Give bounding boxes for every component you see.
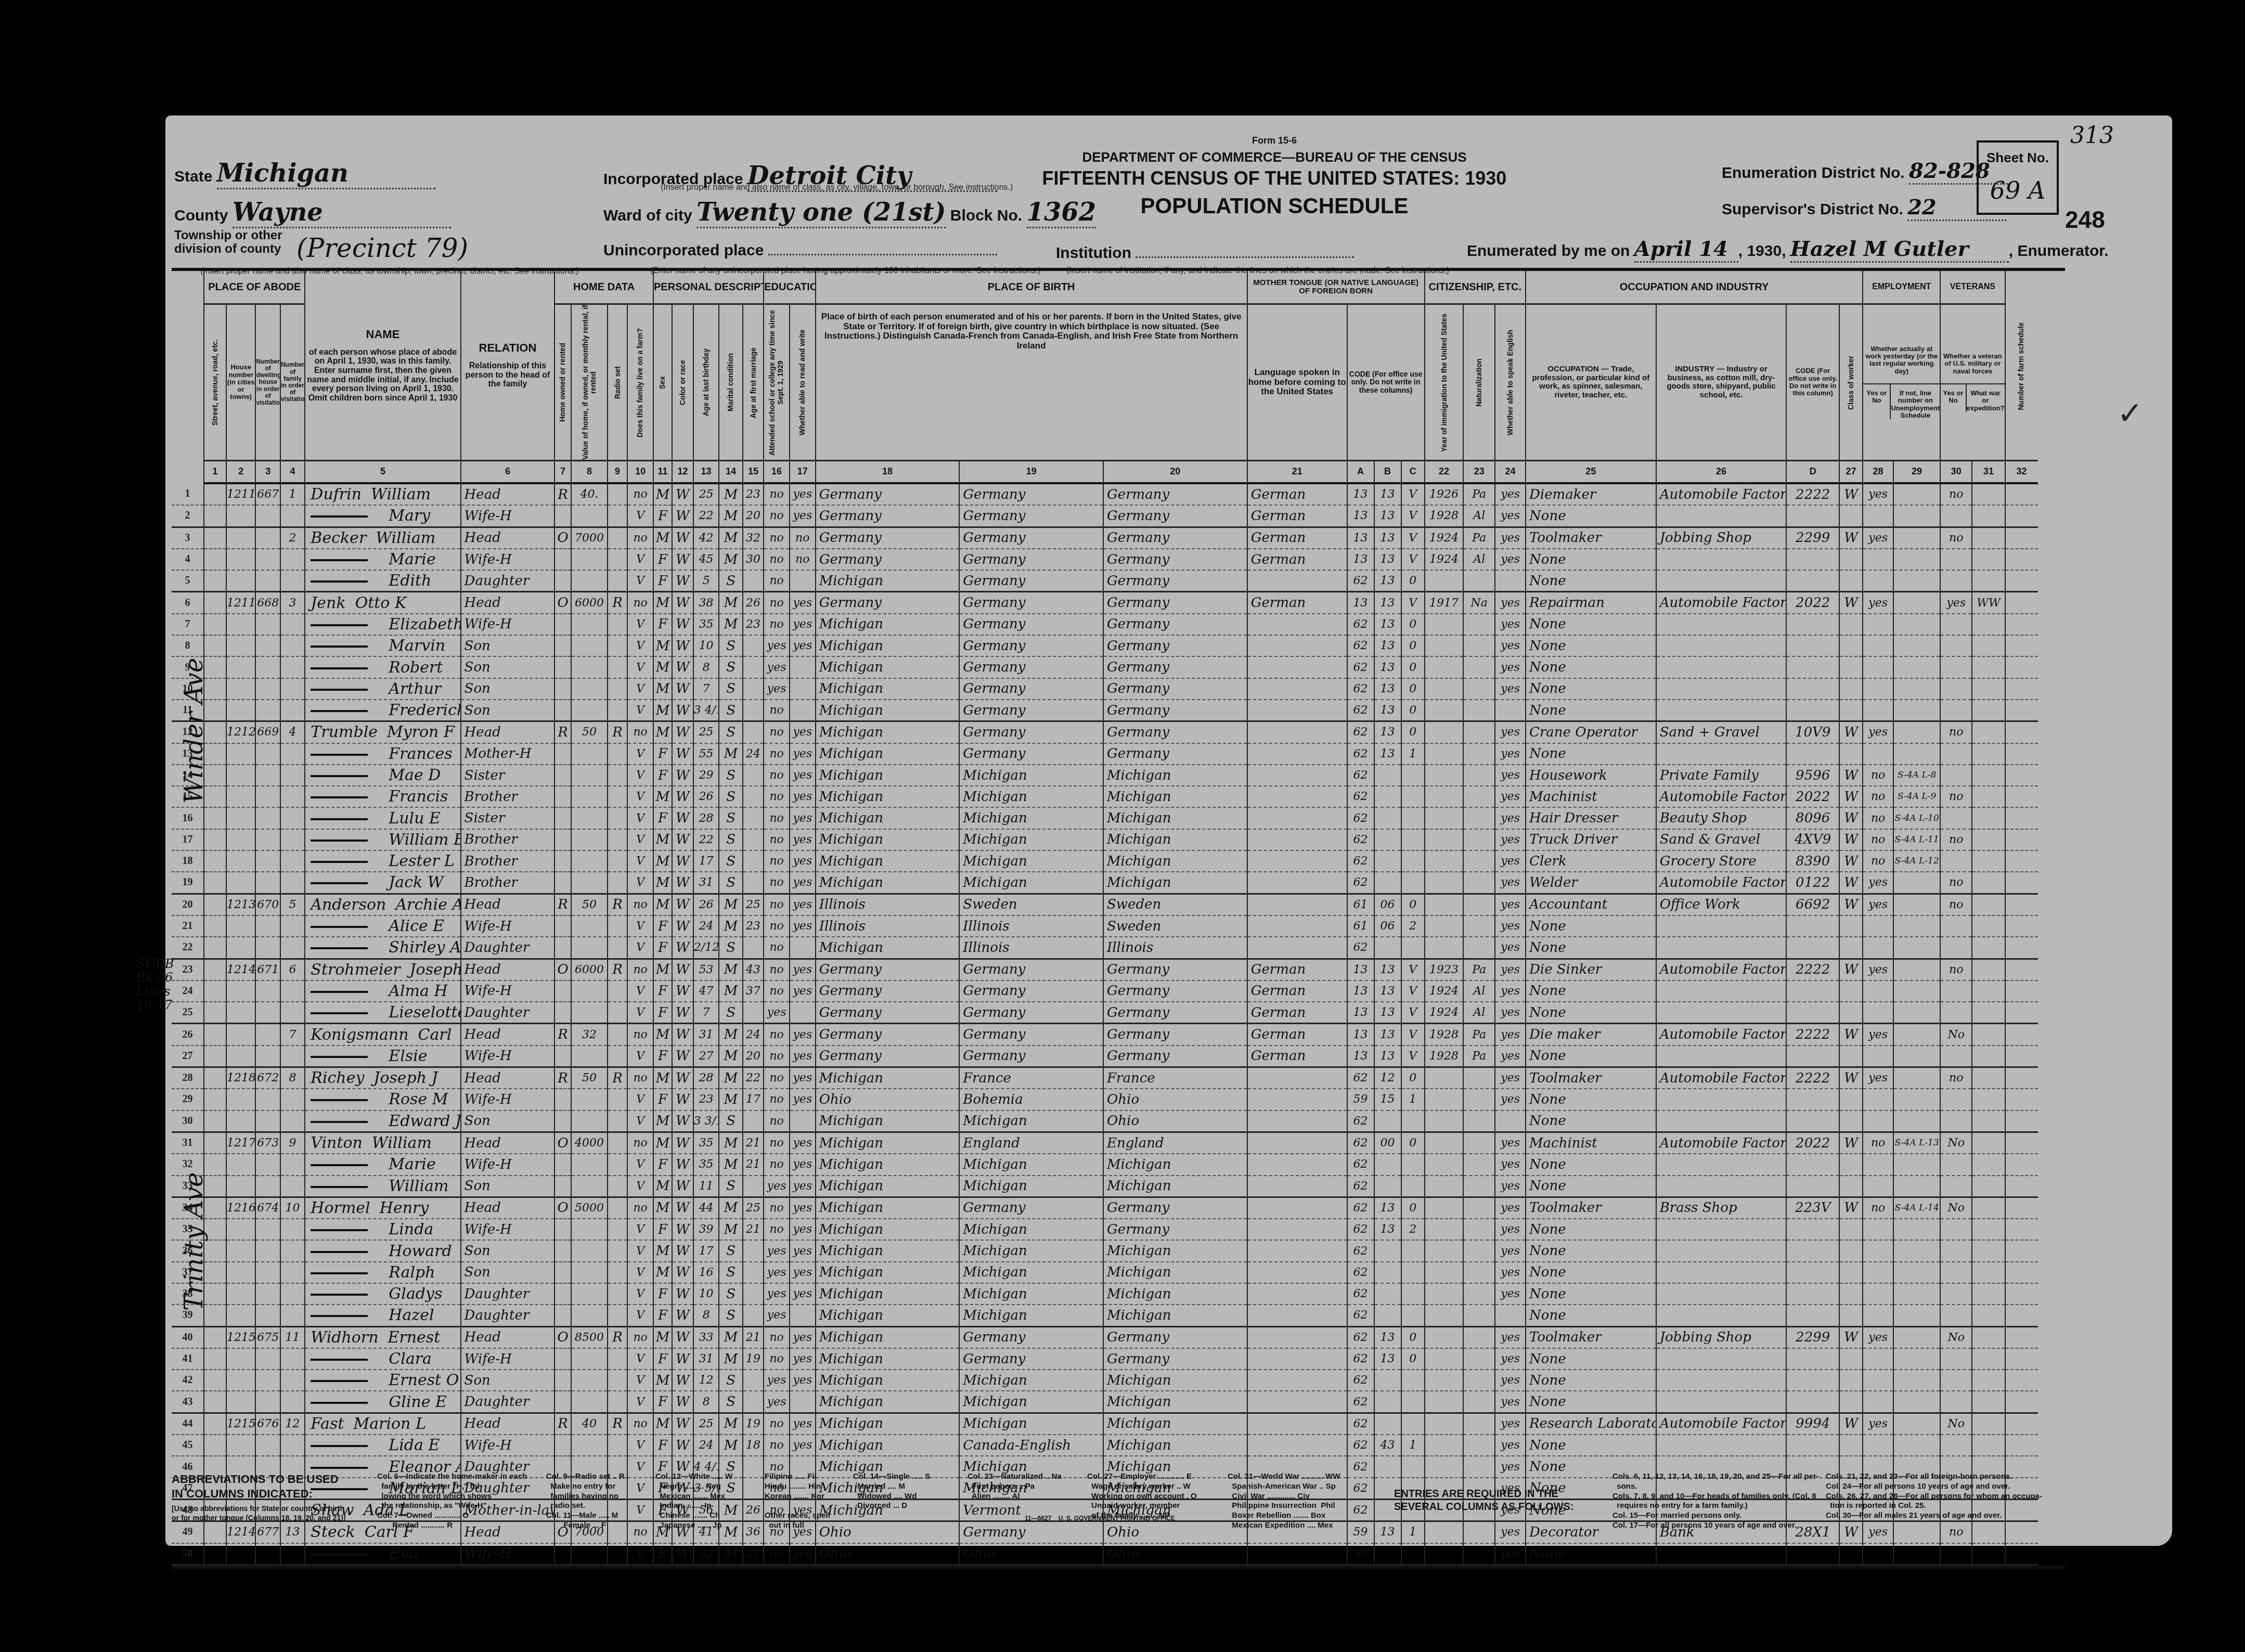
name-cell: Mary <box>305 505 460 527</box>
war-cell <box>1972 1391 2005 1413</box>
relation-cell: Brother <box>461 786 555 807</box>
family-number-cell <box>280 1046 305 1067</box>
header-age: Age at last birthday <box>693 304 719 461</box>
census-row: 4MarieWife-HVFW45M30nonoGermanyGermanyGe… <box>172 549 2065 570</box>
mother-birthplace-cell: Germany <box>1103 592 1247 614</box>
column-number-8: 8 <box>571 461 608 484</box>
age-cell: 25 <box>693 1413 719 1435</box>
relation-cell: Sister <box>461 807 555 829</box>
age-cell: 31 <box>693 1348 719 1370</box>
speak-english-cell: yes <box>1495 1543 1526 1565</box>
class-worker-cell <box>1839 549 1863 570</box>
race-cell: W <box>672 1283 693 1305</box>
house-number-cell <box>226 1262 255 1283</box>
industry-cell: Sand & Gravel <box>1656 829 1787 850</box>
father-birthplace-cell: Michigan <box>959 1370 1103 1391</box>
school-cell: no <box>764 1413 790 1435</box>
at-work-cell <box>1863 1305 1893 1326</box>
radio-cell <box>608 915 627 937</box>
state-field: State Michigan <box>174 159 435 189</box>
code-c-cell: 0 <box>1401 1326 1425 1348</box>
mother-birthplace-cell: Michigan <box>1103 829 1247 850</box>
radio-cell <box>608 1132 627 1154</box>
header-employment: EMPLOYMENT <box>1863 271 1940 304</box>
mother-tongue-cell: German <box>1247 980 1347 1002</box>
column-number-25: 25 <box>1526 461 1656 484</box>
veteran-cell: no <box>1940 721 1972 743</box>
radio-cell <box>608 937 627 959</box>
dwelling-number-cell <box>255 1305 280 1326</box>
occupation-cell: None <box>1526 743 1656 765</box>
line-number: 1 <box>172 483 204 505</box>
war-cell <box>1972 743 2005 765</box>
name-cell: Francis <box>305 786 460 807</box>
house-number-cell <box>226 1283 255 1305</box>
header-unemp-line: If not, line number on Unemployment Sche… <box>1891 384 1940 419</box>
immigration-year-cell <box>1425 1154 1464 1175</box>
mother-tongue-cell <box>1247 721 1347 743</box>
header-farm-schedule: Number of farm schedule <box>2005 271 2038 461</box>
code-b-cell: 13 <box>1374 959 1401 980</box>
speak-english-cell: yes <box>1495 1326 1526 1348</box>
immigration-year-cell <box>1425 1176 1464 1197</box>
print-code: 11—6627 U. S. GOVERNMENT PRINTING OFFICE <box>1025 1515 1175 1522</box>
veteran-cell <box>1940 1111 1972 1132</box>
mother-tongue-cell <box>1247 1326 1347 1348</box>
class-worker-cell <box>1839 1283 1863 1305</box>
read-write-cell <box>790 1111 816 1132</box>
occupation-cell: Housework <box>1526 765 1656 786</box>
war-cell <box>1972 980 2005 1002</box>
occupation-cell: None <box>1526 1154 1656 1175</box>
given-name: Lester L <box>389 852 455 870</box>
code-b-cell <box>1374 1413 1401 1435</box>
age-marriage-cell: 21 <box>743 1326 764 1348</box>
form-number: Form 15-6 <box>1040 135 1508 146</box>
age-cell: 38 <box>693 592 719 614</box>
abbrev-col12: Col. 12—White ..... W Negro ......... Ne… <box>655 1472 732 1531</box>
industry-cell <box>1656 1240 1787 1261</box>
relation-cell: Son <box>461 1370 555 1391</box>
dwelling-number-cell <box>255 678 280 700</box>
speak-english-cell: yes <box>1495 1240 1526 1261</box>
at-work-cell <box>1863 1176 1893 1197</box>
occupation-cell: None <box>1526 1305 1656 1326</box>
age-cell: 8 <box>693 1305 719 1326</box>
radio-cell <box>608 1046 627 1067</box>
naturalization-cell <box>1463 829 1495 850</box>
name-cell: Hazel <box>305 1305 460 1326</box>
farm-schedule-cell <box>2005 980 2038 1002</box>
occupation-cell: None <box>1526 1176 1656 1197</box>
age-cell: 5 <box>693 570 719 592</box>
industry-cell: Automobile Factory <box>1656 1132 1787 1154</box>
age-cell: 24 <box>693 915 719 937</box>
column-number-A: A <box>1347 461 1374 484</box>
radio-cell <box>608 656 627 678</box>
age-cell: 25 <box>693 483 719 505</box>
owned-rented-cell <box>554 678 571 700</box>
naturalization-cell <box>1463 1370 1495 1391</box>
owned-rented-cell <box>554 937 571 959</box>
industry-cell <box>1656 1111 1787 1132</box>
occupation-code-cell: 9596 <box>1786 765 1839 786</box>
race-cell: W <box>672 678 693 700</box>
father-birthplace-cell: Germany <box>959 1002 1103 1024</box>
name-cell: BeckerWilliam <box>305 527 460 549</box>
birthplace-cell: Germany <box>816 1046 960 1067</box>
age-cell: 31 <box>693 1024 719 1046</box>
code-b-cell <box>1374 1543 1401 1565</box>
relation-cell: Son <box>461 678 555 700</box>
sex-cell: M <box>653 1326 672 1348</box>
census-row: 6121186683JenkOtto KHeadO6000RnoMW38M26n… <box>172 592 2065 614</box>
county-label: County <box>174 207 228 224</box>
home-value-cell <box>571 635 608 656</box>
census-row: 37RalphSonVMW16SyesyesMichiganMichiganMi… <box>172 1262 2065 1283</box>
street-cell <box>204 549 226 570</box>
marital-cell: S <box>719 1283 742 1305</box>
relation-cell: Son <box>461 700 555 721</box>
occupation-cell: None <box>1526 1370 1656 1391</box>
marital-cell: M <box>719 1219 742 1240</box>
marital-cell: S <box>719 1176 742 1197</box>
dwelling-number-cell: 672 <box>255 1067 280 1089</box>
war-cell <box>1972 483 2005 505</box>
header-education: EDUCATION <box>764 271 815 304</box>
code-b-cell: 13 <box>1374 505 1401 527</box>
code-c-cell: 0 <box>1401 570 1425 592</box>
war-cell <box>1972 1348 2005 1370</box>
school-cell: no <box>764 1089 790 1110</box>
home-value-cell: 8500 <box>571 1326 608 1348</box>
street-cell <box>204 872 226 894</box>
class-worker-cell: W <box>1839 959 1863 980</box>
house-number-cell <box>226 1435 255 1456</box>
unemployment-line-cell: S-4A L-11 <box>1893 829 1940 850</box>
father-birthplace-cell: Michigan <box>959 1176 1103 1197</box>
father-birthplace-cell: Michigan <box>959 872 1103 894</box>
code-b-cell <box>1374 937 1401 959</box>
occupation-cell: Research Laboratory <box>1526 1413 1656 1435</box>
dwelling-number-cell: 673 <box>255 1132 280 1154</box>
street-cell <box>204 1543 226 1565</box>
unincorporated-field: Unincorporated place <box>603 242 997 260</box>
at-work-cell <box>1863 570 1893 592</box>
school-cell: no <box>764 570 790 592</box>
class-worker-cell: W <box>1839 807 1863 829</box>
age-cell: 32 <box>693 1543 719 1565</box>
street-cell <box>204 1413 226 1435</box>
war-cell: WW <box>1972 592 2005 614</box>
age-marriage-cell <box>743 1176 764 1197</box>
at-work-cell: no <box>1863 786 1893 807</box>
birthplace-cell: Michigan <box>816 1413 960 1435</box>
age-marriage-cell <box>743 570 764 592</box>
marital-cell: M <box>719 1543 742 1565</box>
name-cell: Jack W <box>305 872 460 894</box>
family-number-cell <box>280 1240 305 1261</box>
mother-birthplace-cell: Germany <box>1103 1197 1247 1219</box>
unemployment-line-cell <box>1893 1024 1940 1046</box>
sex-cell: F <box>653 807 672 829</box>
owned-rented-cell: O <box>554 1326 571 1348</box>
race-cell: W <box>672 483 693 505</box>
immigration-year-cell <box>1425 1111 1464 1132</box>
sex-cell: M <box>653 1132 672 1154</box>
code-c-cell: 0 <box>1401 1197 1425 1219</box>
name-cell: Elsie <box>305 1046 460 1067</box>
age-marriage-cell <box>743 635 764 656</box>
home-value-cell <box>571 656 608 678</box>
same-surname-dash <box>311 1012 368 1014</box>
naturalization-cell: Pa <box>1463 959 1495 980</box>
dwelling-number-cell <box>255 1240 280 1261</box>
sex-cell: F <box>653 1348 672 1370</box>
code-c-cell <box>1401 1176 1425 1197</box>
family-number-cell <box>280 570 305 592</box>
radio-cell <box>608 1543 627 1565</box>
census-row: 8MarvinSonVMW10SyesyesMichiganGermanyGer… <box>172 635 2065 656</box>
industry-cell <box>1656 915 1787 937</box>
family-number-cell <box>280 937 305 959</box>
relation-cell: Son <box>461 1111 555 1132</box>
marital-cell: S <box>719 786 742 807</box>
line-number: 50 <box>172 1543 204 1565</box>
code-b-cell: 13 <box>1374 1326 1401 1348</box>
header-mother-tongue: MOTHER TONGUE (OR NATIVE LANGUAGE) OF FO… <box>1247 271 1425 304</box>
at-work-cell <box>1863 1370 1893 1391</box>
age-marriage-cell: 19 <box>743 1413 764 1435</box>
marital-cell: M <box>719 1197 742 1219</box>
occupation-cell: None <box>1526 1348 1656 1370</box>
marital-cell: S <box>719 700 742 721</box>
father-birthplace-cell: Sweden <box>959 894 1103 915</box>
school-cell: no <box>764 614 790 635</box>
house-number-cell <box>226 549 255 570</box>
mother-tongue-cell <box>1247 1283 1347 1305</box>
house-number-cell <box>226 1543 255 1565</box>
farm-schedule-cell <box>2005 1283 2038 1305</box>
immigration-year-cell <box>1425 1326 1464 1348</box>
mother-tongue-cell: German <box>1247 592 1347 614</box>
dwelling-number-cell <box>255 850 280 872</box>
race-cell: W <box>672 743 693 765</box>
owned-rented-cell <box>554 807 571 829</box>
sex-cell: M <box>653 1413 672 1435</box>
relation-cell: Head <box>461 1413 555 1435</box>
industry-cell <box>1656 1219 1787 1240</box>
sex-cell: M <box>653 527 672 549</box>
immigration-year-cell: 1928 <box>1425 505 1464 527</box>
census-row: 31121756739VintonWilliamHeadO4000noMW35M… <box>172 1132 2065 1154</box>
school-cell: yes <box>764 1002 790 1024</box>
abbrev-col31: Col. 31—World War .......... WW Spanish-… <box>1228 1472 1340 1531</box>
code-c-cell: 0 <box>1401 635 1425 656</box>
read-write-cell <box>790 1391 816 1413</box>
header-veterans: VETERANS <box>1940 271 2005 304</box>
farm-schedule-cell <box>2005 614 2038 635</box>
farm-schedule-cell <box>2005 829 2038 850</box>
house-number-cell <box>226 527 255 549</box>
code-b-cell: 12 <box>1374 1067 1401 1089</box>
home-value-cell: 50 <box>571 1067 608 1089</box>
code-c-cell: 0 <box>1401 721 1425 743</box>
radio-cell <box>608 807 627 829</box>
naturalization-cell <box>1463 678 1495 700</box>
at-work-cell <box>1863 1543 1893 1565</box>
speak-english-cell: yes <box>1495 959 1526 980</box>
veteran-cell: No <box>1940 1197 1972 1219</box>
name-cell: Frederick <box>305 700 460 721</box>
age-cell: 3 4/12 <box>693 700 719 721</box>
class-worker-cell: W <box>1839 1413 1863 1435</box>
county-value: Wayne <box>233 198 451 228</box>
speak-english-cell: yes <box>1495 1132 1526 1154</box>
veteran-cell <box>1940 915 1972 937</box>
family-number-cell <box>280 505 305 527</box>
class-worker-cell <box>1839 1435 1863 1456</box>
street-cell <box>204 1326 226 1348</box>
line-number: 43 <box>172 1391 204 1413</box>
relation-cell: Mother-H <box>461 743 555 765</box>
owned-rented-cell: O <box>554 959 571 980</box>
mother-birthplace-cell: Germany <box>1103 959 1247 980</box>
code-b-cell: 13 <box>1374 527 1401 549</box>
mother-tongue-cell <box>1247 937 1347 959</box>
occupation-code-cell <box>1786 505 1839 527</box>
header-birth-note: Place of birth of each person enumerated… <box>816 304 1247 461</box>
same-surname-dash <box>311 1121 368 1123</box>
age-marriage-cell: 30 <box>743 549 764 570</box>
mother-birthplace-cell: Germany <box>1103 743 1247 765</box>
age-marriage-cell <box>743 1305 764 1326</box>
column-number-D: D <box>1786 461 1839 484</box>
side-note: SURB Bk 56 Lines 16-17 <box>136 957 178 1012</box>
marital-cell: S <box>719 1305 742 1326</box>
census-row: 25Lieselotte MDaughterVFW7SyesGermanyGer… <box>172 1002 2065 1024</box>
relation-cell: Wife-H <box>461 915 555 937</box>
immigration-year-cell <box>1425 1089 1464 1110</box>
code-b-cell: 13 <box>1374 700 1401 721</box>
line-number: 6 <box>172 592 204 614</box>
marital-cell: S <box>719 1002 742 1024</box>
code-b-cell <box>1374 1262 1401 1283</box>
radio-cell: R <box>608 721 627 743</box>
mother-birthplace-cell: Sweden <box>1103 915 1247 937</box>
speak-english-cell: yes <box>1495 829 1526 850</box>
read-write-cell: yes <box>790 1326 816 1348</box>
industry-cell <box>1656 505 1787 527</box>
same-surname-dash <box>311 667 368 669</box>
home-value-cell <box>571 850 608 872</box>
given-name: Jack W <box>389 873 443 892</box>
given-name: Elsie <box>389 1047 427 1065</box>
code-c-cell <box>1401 1391 1425 1413</box>
father-birthplace-cell: Michigan <box>959 1111 1103 1132</box>
home-value-cell <box>571 765 608 786</box>
race-cell: W <box>672 872 693 894</box>
relation-cell: Wife-H <box>461 1089 555 1110</box>
code-c-cell <box>1401 1543 1425 1565</box>
state-value: Michigan <box>217 159 435 189</box>
relation-cell: Wife-H <box>461 1543 555 1565</box>
relation-cell: Son <box>461 656 555 678</box>
race-cell: W <box>672 850 693 872</box>
race-cell: W <box>672 614 693 635</box>
home-value-cell <box>571 1240 608 1261</box>
veteran-cell: no <box>1940 959 1972 980</box>
father-birthplace-cell: England <box>959 1132 1103 1154</box>
house-number-cell: 12183 <box>226 1067 255 1089</box>
surname: Jenk <box>311 594 345 612</box>
age-marriage-cell <box>743 765 764 786</box>
speak-english-cell: yes <box>1495 786 1526 807</box>
farm-schedule-cell <box>2005 1002 2038 1024</box>
family-number-cell: 12 <box>280 1413 305 1435</box>
father-birthplace-cell: Germany <box>959 1197 1103 1219</box>
occupation-cell: Clerk <box>1526 850 1656 872</box>
father-birthplace-cell: Germany <box>959 656 1103 678</box>
given-name: Marion L <box>353 1415 425 1433</box>
family-number-cell: 10 <box>280 1197 305 1219</box>
race-cell: W <box>672 1305 693 1326</box>
farm-cell: V <box>627 549 653 570</box>
header-speak-english: Whether able to speak English <box>1495 304 1526 461</box>
given-name: Clara <box>389 1350 432 1368</box>
race-cell: W <box>672 1024 693 1046</box>
race-cell: W <box>672 1154 693 1175</box>
birthplace-cell: Michigan <box>816 1283 960 1305</box>
census-row: 22Shirley ADaughterVFW2/12SnoMichiganIll… <box>172 937 2065 959</box>
age-marriage-cell: 24 <box>743 1024 764 1046</box>
mother-birthplace-cell: Germany <box>1103 505 1247 527</box>
birthplace-cell: Michigan <box>816 1154 960 1175</box>
mother-birthplace-cell: Michigan <box>1103 1283 1247 1305</box>
mother-birthplace-cell: Michigan <box>1103 786 1247 807</box>
radio-cell <box>608 635 627 656</box>
home-value-cell <box>571 1219 608 1240</box>
name-cell: HormelHenry <box>305 1197 460 1219</box>
sex-cell: M <box>653 592 672 614</box>
immigration-year-cell <box>1425 1348 1464 1370</box>
given-name: Joseph H <box>410 961 461 979</box>
father-birthplace-cell: Germany <box>959 570 1103 592</box>
street-cell <box>204 1024 226 1046</box>
read-write-cell: yes <box>790 1046 816 1067</box>
immigration-year-cell: 1924 <box>1425 527 1464 549</box>
street-cell <box>204 1002 226 1024</box>
line-number: 17 <box>172 829 204 850</box>
speak-english-cell: yes <box>1495 1283 1526 1305</box>
school-cell: no <box>764 915 790 937</box>
race-cell: W <box>672 1326 693 1348</box>
farm-cell: V <box>627 1435 653 1456</box>
code-b-cell: 13 <box>1374 721 1401 743</box>
farm-schedule-cell <box>2005 1370 2038 1391</box>
unemployment-line-cell <box>1893 1391 1940 1413</box>
immigration-year-cell <box>1425 786 1464 807</box>
relation-cell: Daughter <box>461 1002 555 1024</box>
mother-tongue-cell <box>1247 743 1347 765</box>
class-worker-cell <box>1839 1154 1863 1175</box>
at-work-cell <box>1863 1219 1893 1240</box>
column-number-32: 32 <box>2005 461 2038 484</box>
census-row: 24Alma HWife-HVFW47M37noyesGermanyGerman… <box>172 980 2065 1002</box>
at-work-cell: yes <box>1863 721 1893 743</box>
unemployment-line-cell: S-4A L-12 <box>1893 850 1940 872</box>
code-a-cell: 62 <box>1347 614 1374 635</box>
